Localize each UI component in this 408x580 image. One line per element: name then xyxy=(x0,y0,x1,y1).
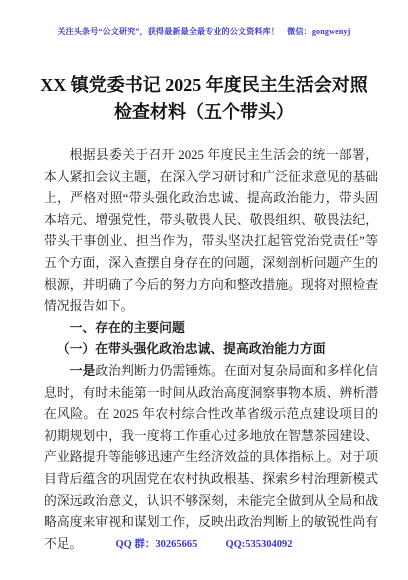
document-title-line1: XX 镇党委书记 2025 年度民主生活会对照 xyxy=(22,72,386,99)
intro-paragraph: 根据县委关于召开 2025 年度民主生活会的统一部署，本人紧扣会议主题，在深入学… xyxy=(44,145,378,318)
document-body: 根据县委关于召开 2025 年度民主生活会的统一部署，本人紧扣会议主题，在深入学… xyxy=(44,145,378,555)
document-title: XX 镇党委书记 2025 年度民主生活会对照 检查材料（五个带头） xyxy=(22,72,386,126)
issue-item-1-text: 政治判断力仍需锤炼。在面对复杂局面和多样化信息时，有时未能第一时间从政治高度洞察… xyxy=(44,364,378,551)
section-heading-main-problems: 一、存在的主要问题 xyxy=(44,318,378,340)
promo-footer: QQ 群：30265665QQ:535304092 xyxy=(0,536,408,551)
promo-header-text: 关注头条号“公文研究”，获得最新最全最专业的公文资料库！ 微信：gongweny… xyxy=(0,26,408,37)
subsection-heading-political-loyalty: （一）在带头强化政治忠诚、提高政治能力方面 xyxy=(44,339,378,361)
qq-group-number: QQ 群：30265665 xyxy=(115,539,197,550)
qq-number: QQ:535304092 xyxy=(225,539,292,550)
document-title-line2: 检查材料（五个带头） xyxy=(22,99,386,126)
document-page: 关注头条号“公文研究”，获得最新最全最专业的公文资料库！ 微信：gongweny… xyxy=(0,0,408,580)
issue-item-1: 一是政治判断力仍需锤炼。在面对复杂局面和多样化信息时，有时未能第一时间从政治高度… xyxy=(44,361,378,555)
issue-item-1-label: 一是 xyxy=(70,364,96,378)
